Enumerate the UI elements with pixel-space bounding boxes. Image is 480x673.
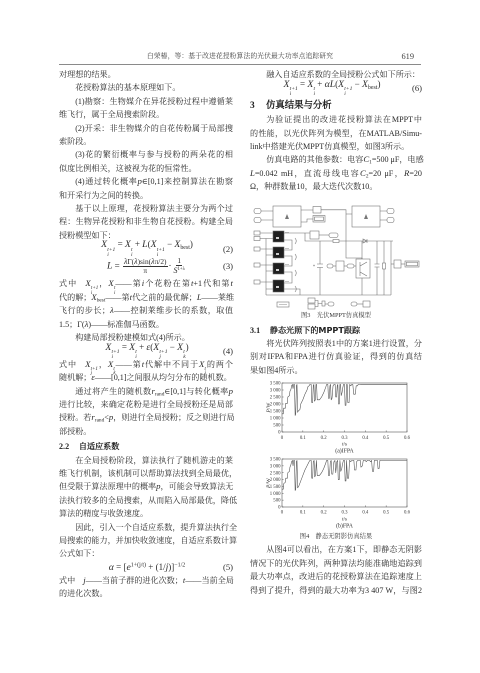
- text-run: π: [143, 266, 147, 275]
- text-run: =: [298, 79, 308, 89]
- text-run: + (1/: [146, 562, 166, 572]
- figure-3-caption: 图3光伏MPPT仿真模型: [250, 310, 422, 322]
- x-axis-label-unit: /s: [343, 442, 347, 448]
- subscript: best: [180, 245, 190, 251]
- text-line: 在全局授粉阶段，算法执行了随机游走的莱: [59, 454, 233, 467]
- text-line: 最大功率点，改进后的花授粉算法在追踪速度上: [250, 570, 422, 583]
- text-run: 从图4可以看出，在方案1下，即静态无阴影: [266, 545, 422, 554]
- paragraph: 式中 j——当前子群的进化次数；t——当前全局的进化次数。: [59, 574, 233, 601]
- math-variable: X: [153, 342, 159, 353]
- text-run: +: [133, 239, 143, 249]
- text-run: 构建局部授粉建模如式(4)所示。: [75, 333, 190, 342]
- text-line: 得到了提升，得到的最大功率为3 407 W，与图2: [250, 584, 422, 597]
- text-run: −: [352, 79, 362, 89]
- text-line: 代的解；Xbest——第t代之前的最优解；L——莱维: [59, 291, 233, 304]
- text-line: (4)通过转化概率p∈[0,1]来控制算法在勘察: [59, 175, 233, 188]
- text-run: 对理想的结果。: [59, 70, 116, 79]
- text-run: 最大功率点，改进后的花授粉算法在追踪速度上: [250, 572, 422, 581]
- superscript: −1/2: [174, 562, 185, 568]
- text-line: 1.5；Γ(λ)——标准伽马函数。: [59, 318, 233, 331]
- y-tick-label: 3 500: [270, 458, 281, 463]
- x-tick-label: 0.6: [404, 436, 411, 441]
- math-variable: X: [85, 359, 90, 369]
- left-column-body: 对理想的结果。花授粉算法的基本原理如下。(1)勘察：生物媒介在异花授粉过程中遵循…: [59, 68, 233, 601]
- power-curve-ifpa: [282, 385, 407, 416]
- x-tick-label: 0.4: [362, 436, 369, 441]
- x-tick-label: 0.2: [321, 436, 328, 441]
- x-tick-label: 0.3: [342, 436, 349, 441]
- text-line: 公式如下：: [59, 547, 233, 560]
- x-tick-label: 0.5: [383, 436, 390, 441]
- text-run: 程：生物异花授粉和非生物自花授粉。构建全局: [59, 217, 233, 226]
- text-run: 情况下的光伏阵列，两种算法均能准确地追踪到: [250, 559, 422, 568]
- equation-number: (5): [215, 562, 233, 572]
- right-column-intro: 融入自适应系数的全局授粉公式如下所示：Xt+1i = Xti + αL(Xt+1…: [250, 68, 422, 194]
- text-run: 授粉。若: [59, 413, 91, 422]
- text-line: (3)花的繁衍概率与参与授粉的两朵花的相: [59, 148, 233, 161]
- text-line: 基于以上原理，花授粉算法主要分为两个过: [59, 202, 233, 215]
- paragraph: 通过将产生的随机数rrand∈[0,1]与转化概率p进行比较，来确定花粉是进行全…: [59, 385, 233, 439]
- text-run: 法执行较多的全局搜索，从而陷入局部最优，降低: [59, 496, 237, 505]
- math-variable: X: [177, 342, 183, 353]
- text-run: ∈[0,1]与转化概率: [164, 387, 228, 396]
- text-line: 从图4可以看出，在方案1下，即静态无阴影: [250, 543, 422, 556]
- paragraph: 花授粉算法的基本原理如下。: [59, 81, 233, 94]
- text-run: 的两个: [206, 360, 233, 369]
- figure-4-caption: 图4静态无阴影仿真结果: [250, 531, 422, 543]
- math-variable: X: [307, 79, 313, 90]
- text-run: (3)花的繁衍概率与参与授粉的两朵花的相: [75, 150, 233, 159]
- text-run: ——第: [115, 279, 141, 288]
- subscript: i: [344, 92, 352, 97]
- text-run: ，可能会导致算法无: [161, 482, 234, 491]
- x-tick-label: 0: [281, 436, 284, 441]
- math-variable: X: [129, 342, 135, 353]
- text-run: 式中: [59, 360, 85, 369]
- math-variable: αL: [325, 79, 336, 90]
- text-run: 代解中不同于: [144, 360, 199, 369]
- subfigure-caption: (a)IFPA: [335, 448, 354, 455]
- text-line: link中搭建光伏MPPT仿真模型，如图3所示。: [250, 140, 422, 153]
- paragraph: 将光伏阵列按照表1中的方案1进行设置，分别对IFPA和FPA进行仿真验证，得到的…: [250, 337, 422, 377]
- fraction: 1S1+λ: [173, 257, 187, 276]
- sup-sub-stack: t+1i: [290, 87, 298, 98]
- text-run: 为验证提出的改进花授粉算法在MPPT中: [266, 115, 422, 124]
- text-run: 果如图4所示。: [250, 366, 303, 375]
- text-run: Ω，种群数量10，最大迭代次数10。: [250, 182, 377, 191]
- text-run: ——莱维: [202, 293, 234, 302]
- text-run: ·: [169, 261, 172, 271]
- x-tick-label: 0.5: [383, 511, 390, 516]
- text-line: 果如图4所示。: [250, 364, 422, 377]
- x-axis-label: t/s: [342, 442, 347, 448]
- text-line: 为验证提出的改进花授粉算法在MPPT中: [250, 113, 422, 126]
- text-run: 进行比较，来确定花粉是进行全局授粉还是局部: [59, 400, 233, 409]
- y-tick-label: 2 500: [270, 396, 281, 401]
- text-run: ——当前子群的进化次数；: [86, 576, 183, 585]
- text-run: 随机解；: [59, 373, 91, 382]
- text-run: 但受限于算法原理中的概率: [59, 482, 156, 491]
- text-run: +1代和第: [193, 279, 230, 288]
- y-tick-label: 1 000: [270, 492, 281, 497]
- text-run: ——[0,1]之间服从均匀分布的随机数。: [95, 373, 232, 382]
- text-line: 法执行较多的全局搜索，从而陷入局部最优，降低: [59, 494, 233, 507]
- subscript: rand: [155, 391, 164, 397]
- equation: Xt+1i = Xti + ε(Xt+1j − Xtk)(4): [59, 344, 233, 357]
- text-run: ，: [98, 279, 108, 288]
- text-run: 在全局授粉阶段，算法执行了随机游走的莱: [75, 456, 233, 465]
- text-run: )——标准伽马函数。: [88, 320, 164, 329]
- paragraph: 式中 Xt+1i，Xti——第i个花粉在第t+1代和第t代的解；Xbest——第…: [59, 277, 233, 331]
- text-line: 似度比例相关，这被视为花的恒常性。: [59, 162, 233, 175]
- text-run: 仿真电路的其他参数：电容: [266, 155, 363, 164]
- text-run: 1.5；Γ(: [59, 320, 85, 329]
- text-run: (1)勘察：生物媒介在异花授粉过程中遵循莱: [75, 97, 233, 106]
- text-run: ): [190, 239, 193, 249]
- text-line: 索阶段。: [59, 135, 233, 148]
- text-run: ——控制莱维步长的系数，取值: [114, 306, 233, 315]
- math-variable: t: [231, 278, 233, 288]
- text-run: 授粉模型如下：: [59, 231, 116, 240]
- math-variable: X: [284, 79, 290, 90]
- paragraph: 因此，引入一个自适应系数，提升算法执行全局搜索的能力，并加快收敛速度，自适应系数…: [59, 521, 233, 561]
- equation: Xt+1i = Xti + L(Xt+1i − Xbest)(2): [59, 242, 233, 255]
- text-line: (2)开采：非生物媒介的自花传粉属于局部搜: [59, 122, 233, 135]
- mppt-simulation-diagram: [250, 194, 422, 310]
- figure-3-title: 光伏MPPT仿真模型: [317, 312, 371, 319]
- fraction: λΓ(λ)sin(λπ/2)π: [123, 257, 168, 276]
- figure-4: 05001 0001 5002 0002 5003 0003 50000.10.…: [250, 377, 422, 543]
- text-run: 的性能，以光伏阵列为模型，在MATLAB/Simu-: [250, 129, 422, 138]
- text-line: 进行比较，来确定花粉是进行全局授粉还是局部: [59, 398, 233, 411]
- y-axis-label: P/W: [266, 477, 272, 489]
- text-run: )sin(: [138, 257, 152, 266]
- text-run: 索阶段。: [59, 137, 91, 146]
- y-axis-label-unit: /W: [266, 402, 272, 409]
- paragraph: 为验证提出的改进花授粉算法在MPPT中的性能，以光伏阵列为模型，在MATLAB/…: [250, 113, 422, 153]
- text-run: π/2): [155, 257, 167, 266]
- y-tick-label: 3 500: [270, 382, 281, 387]
- mppt-controller: [327, 261, 356, 271]
- text-line: 的进化次数。: [59, 587, 233, 600]
- paragraph: 从图4可以看出，在方案1下，即静态无阴影情况下的光伏阵列，两种算法均能准确地追踪…: [250, 543, 422, 597]
- bottom-helper-blocks: [277, 298, 370, 309]
- text-run: 代之前的最优解；: [132, 293, 197, 302]
- text-line: 情况下的光伏阵列，两种算法均能准确地追踪到: [250, 557, 422, 570]
- text-run: 公式如下：: [59, 549, 99, 558]
- text-line: 随机解；ε——[0,1]之间服从均匀分布的随机数。: [59, 371, 233, 384]
- text-run: 维飞行机制，该机制可以帮助算法找到全局最优，: [59, 469, 237, 478]
- pv-output-measurement: [284, 231, 338, 239]
- top-left-inports: [254, 208, 273, 222]
- text-line: 因此，引入一个自适应系数，提升算法执行全: [59, 521, 233, 534]
- y-tick-label: 3 000: [270, 389, 281, 394]
- text-line: 式中 Xt+1j，Xtk——第t代解中不同于Xti的两个: [59, 358, 233, 371]
- section-heading: 3.1静态光照下的MPPT跟踪: [250, 324, 422, 337]
- text-run: (2)开采：非生物媒介的自花传粉属于局部搜: [75, 124, 233, 133]
- text-run: 和开采行为之间的转换。: [59, 191, 148, 200]
- paragraph: (2)开采：非生物媒介的自花传粉属于局部搜索阶段。: [59, 122, 233, 149]
- section-number: 2.2: [59, 442, 69, 451]
- x-axis-label: t/s: [342, 517, 347, 523]
- paragraph: (3)花的繁衍概率与参与授粉的两朵花的相似度比例相关，这被视为花的恒常性。: [59, 148, 233, 175]
- text-run: =: [112, 261, 122, 271]
- math-variable: X: [199, 359, 204, 369]
- superscript: 1+λ: [177, 268, 185, 273]
- text-run: 花授粉算法的基本原理如下。: [75, 83, 180, 92]
- text-run: 将光伏阵列按照表1中的方案1进行设置，分: [266, 339, 422, 348]
- irradiance-constant-blocks: [254, 231, 273, 295]
- display-blocks: [313, 206, 362, 259]
- math-variable: X: [108, 278, 113, 288]
- text-run: = [: [114, 562, 127, 572]
- math-variable: X: [338, 79, 344, 90]
- text-run: link中搭建光伏MPPT仿真模型，如图3所示。: [250, 142, 409, 151]
- text-line: 式中 j——当前子群的进化次数；t——当前全局: [59, 574, 233, 587]
- subsystem-block-b: [352, 206, 394, 227]
- text-line: 花授粉算法的基本原理如下。: [59, 81, 233, 94]
- figure-4-title: 静态无阴影仿真结果: [316, 533, 373, 540]
- text-line: 授粉。若rrand<p，则进行全局授粉；反之则进行局: [59, 411, 233, 424]
- figure-4-label: 图4: [300, 533, 309, 540]
- denominator: S1+λ: [173, 266, 187, 275]
- text-run: +: [137, 342, 147, 352]
- x-tick-label: 0.3: [342, 511, 349, 516]
- text-line: 维飞行机制，该机制可以帮助算法找到全局最优，: [59, 467, 233, 480]
- text-run: ): [377, 79, 380, 89]
- section-title: 仿真结果与分析: [266, 100, 332, 111]
- text-run: 得到了提升，得到的最大功率为3 407 W，与图2: [250, 586, 422, 595]
- paragraph: 仿真电路的其他参数：电容C1=500 μF，电感L=0.042 mH，直流母线电…: [250, 153, 422, 193]
- x-axis-label-unit: /s: [343, 517, 347, 523]
- power-scope: [391, 260, 419, 268]
- text-run: (4)通过转化概率: [75, 177, 137, 186]
- text-run: 融入自适应系数的全局授粉公式如下所示：: [266, 70, 420, 79]
- paragraph: 对理想的结果。: [59, 68, 233, 81]
- text-run: ——第: [116, 360, 142, 369]
- text-run: ): [186, 342, 189, 352]
- equation-number: (4): [215, 346, 233, 356]
- page-number: 619: [398, 52, 414, 62]
- text-line: 式中 Xt+1i，Xti——第i个花粉在第t+1代和第t: [59, 277, 233, 290]
- text-run: 的进化次数。: [59, 589, 108, 598]
- text-run: 式中: [59, 576, 83, 585]
- figure-3-label: 图3: [301, 312, 310, 319]
- equation: α = [e1+(j/t) + (1/j)]−1/2(5): [59, 561, 233, 574]
- text-run: 部授粉。: [59, 427, 91, 436]
- math-variable: X: [105, 342, 111, 353]
- section-number: 3: [250, 101, 255, 111]
- text-run: 式中: [59, 279, 85, 288]
- paragraph: 在全局授粉阶段，算法执行了随机游走的莱维飞行机制，该机制可以帮助算法找到全局最优…: [59, 454, 233, 521]
- x-tick-label: 0.1: [300, 511, 307, 516]
- text-run: 基于以上原理，花授粉算法主要分为两个过: [75, 204, 233, 213]
- text-line: L=0.042 mH，直流母线电容C2=20 μF，R=20: [250, 167, 422, 180]
- section-3-1: 3.1静态光照下的MPPT跟踪将光伏阵列按照表1中的方案1进行设置，分别对IFP…: [250, 324, 422, 378]
- x-tick-label: 0: [281, 511, 284, 516]
- text-line: Ω，种群数量10，最大迭代次数10。: [250, 180, 422, 193]
- equation-formula: Xt+1i = Xti + L(Xt+1i − Xbest): [59, 239, 215, 258]
- text-run: −: [167, 342, 177, 352]
- section-title: 自适应系数: [79, 441, 119, 451]
- text-run: 飞行的步长；: [59, 306, 110, 315]
- numerator: 1: [176, 257, 182, 266]
- text-run: =500 μF，电感: [372, 155, 424, 164]
- math-variable: X: [125, 239, 131, 250]
- text-run: 个花粉在第: [144, 279, 191, 288]
- text-line: 算法的精度与收敛速度。: [59, 507, 233, 520]
- equation-number: (3): [215, 261, 233, 271]
- text-line: 但受限于算法原理中的概率p，可能会导致算法无: [59, 480, 233, 493]
- subscript: rand: [95, 418, 104, 424]
- math-variable: X: [101, 239, 107, 250]
- left-column: 对理想的结果。花授粉算法的基本原理如下。(1)勘察：生物媒介在异花授粉过程中遵循…: [59, 68, 233, 601]
- x-tick-label: 0.6: [404, 511, 411, 516]
- x-tick-label: 0.1: [300, 436, 307, 441]
- math-variable: X: [108, 359, 113, 369]
- text-run: =20: [409, 169, 422, 178]
- results-discussion: 从图4可以看出，在方案1下，即静态无阴影情况下的光伏阵列，两种算法均能准确地追踪…: [250, 543, 422, 597]
- text-line: 别对IFPA和FPA进行仿真验证，得到的仿真结: [250, 350, 422, 363]
- igbt-switch: [356, 259, 370, 278]
- y-tick-label: 500: [273, 499, 281, 504]
- paragraph: (4)通过转化概率p∈[0,1]来控制算法在勘察和开采行为之间的转换。: [59, 175, 233, 202]
- power-curve-fpa: [282, 461, 407, 491]
- text-line: 飞行的步长；λ——控制莱维步长的系数，取值: [59, 304, 233, 317]
- equation-formula: Xt+1i = Xti + αL(Xt+1i − Xbest): [250, 79, 404, 98]
- math-variable: X: [151, 239, 157, 250]
- text-run: 算法的精度与收敛速度。: [59, 509, 148, 518]
- equation-number: (6): [404, 83, 422, 93]
- y-axis-label: P/W: [266, 402, 272, 414]
- text-run: =20 μF，: [369, 169, 404, 178]
- subscript: i: [313, 92, 315, 97]
- text-run: −: [165, 239, 175, 249]
- paragraph: (1)勘察：生物媒介在异花授粉过程中遵循莱维飞行，属于全局搜索阶段。: [59, 95, 233, 122]
- text-run: 通过将产生的随机数: [75, 387, 151, 396]
- text-line: 对理想的结果。: [59, 68, 233, 81]
- denominator: π: [142, 267, 148, 275]
- text-line: 程：生物异花授粉和非生物自花授粉。构建全局: [59, 215, 233, 228]
- text-run: ——当前全局: [185, 576, 234, 585]
- text-run: 似度比例相关，这被视为花的恒常性。: [59, 164, 197, 173]
- text-run: 别对IFPA和FPA进行仿真验证，得到的仿真结: [250, 352, 422, 361]
- text-run: +: [315, 79, 325, 89]
- y-tick-label: 3 000: [270, 465, 281, 470]
- y-tick-label: 1 000: [270, 417, 281, 422]
- text-line: 通过将产生的随机数rrand∈[0,1]与转化概率p: [59, 385, 233, 398]
- y-tick-label: 500: [273, 424, 281, 429]
- equation: L = λΓ(λ)sin(λπ/2)π·1S1+λ(3): [59, 255, 233, 277]
- equation-number: (2): [215, 244, 233, 254]
- text-run: 代的解；: [59, 293, 91, 302]
- text-line: 仿真电路的其他参数：电容C1=500 μF，电感: [250, 153, 422, 166]
- chart-ifpa: 05001 0001 5002 0002 5003 0003 50000.10.…: [250, 377, 422, 457]
- text-run: 因此，引入一个自适应系数，提升算法执行全: [75, 523, 237, 532]
- subfigure-caption: (b)FPA: [336, 523, 354, 530]
- subscript: i: [290, 92, 298, 97]
- y-tick-label: 2 500: [270, 472, 281, 477]
- section-title: 静态光照下的MPPT跟踪: [270, 325, 360, 335]
- text-line: (1)勘察：生物媒介在异花授粉过程中遵循莱: [59, 95, 233, 108]
- text-line: 和开采行为之间的转换。: [59, 189, 233, 202]
- right-column: 融入自适应系数的全局授粉公式如下所示：Xt+1i = Xti + αL(Xt+1…: [250, 68, 422, 597]
- math-variable: X: [85, 278, 90, 288]
- section-number: 3.1: [250, 326, 260, 335]
- y-axis-label-unit: /W: [266, 477, 272, 484]
- header-rule: [59, 64, 421, 65]
- text-run: 局搜索的能力，并加快收敛速度，自适应系数计算: [59, 536, 237, 545]
- text-run: ——第: [105, 293, 129, 302]
- text-line: 维飞行，属于全局搜索阶段。: [59, 108, 233, 121]
- text-line: 的性能，以光伏阵列为模型，在MATLAB/Simu-: [250, 127, 422, 140]
- paragraph: 式中 Xt+1j，Xtk——第t代解中不同于Xti的两个随机解；ε——[0,1]…: [59, 358, 233, 385]
- text-run: ∈[0,1]来控制算法在勘察: [142, 177, 233, 186]
- text-run: =: [115, 239, 125, 249]
- text-run: ，: [98, 360, 108, 369]
- section-heading: 3仿真结果与分析: [250, 98, 422, 113]
- text-line: 部授粉。: [59, 425, 233, 438]
- figure-3: [250, 194, 422, 310]
- subsystem-block-a: [273, 206, 313, 227]
- equation: Xt+1i = Xti + αL(Xt+1i − Xbest)(6): [250, 81, 422, 94]
- equation-formula: α = [e1+(j/t) + (1/j)]−1/2: [59, 562, 215, 573]
- text-run: ，则进行全局授粉；反之则进行局: [113, 413, 234, 422]
- paper-page: 白荣椿，等：基于改进花授粉算法的光伏最大功率点追踪研究 619 对理想的结果。花…: [0, 0, 480, 673]
- pv-module-blocks: [273, 231, 300, 295]
- paragraph: 基于以上原理，花授粉算法主要分为两个过程：生物异花授粉和非生物自花授粉。构建全局…: [59, 202, 233, 242]
- text-run: 1: [177, 256, 181, 265]
- text-run: 维飞行，属于全局搜索阶段。: [59, 110, 164, 119]
- section-heading: 2.2自适应系数: [59, 440, 233, 453]
- text-line: 将光伏阵列按照表1中的方案1进行设置，分: [250, 337, 422, 350]
- equation-formula: L = λΓ(λ)sin(λπ/2)π·1S1+λ: [59, 257, 215, 276]
- x-tick-label: 0.2: [321, 511, 328, 516]
- text-line: 局搜索的能力，并加快收敛速度，自适应系数计算: [59, 534, 233, 547]
- chart-fpa: 05001 0001 5002 0002 5003 0003 50000.10.…: [250, 457, 422, 531]
- text-run: =0.042 mH，直流母线电容: [255, 169, 360, 178]
- x-tick-label: 0.4: [362, 511, 369, 516]
- text-run: =: [120, 342, 130, 352]
- math-variable: p: [229, 386, 233, 396]
- superscript: 1+(j/t): [131, 562, 146, 568]
